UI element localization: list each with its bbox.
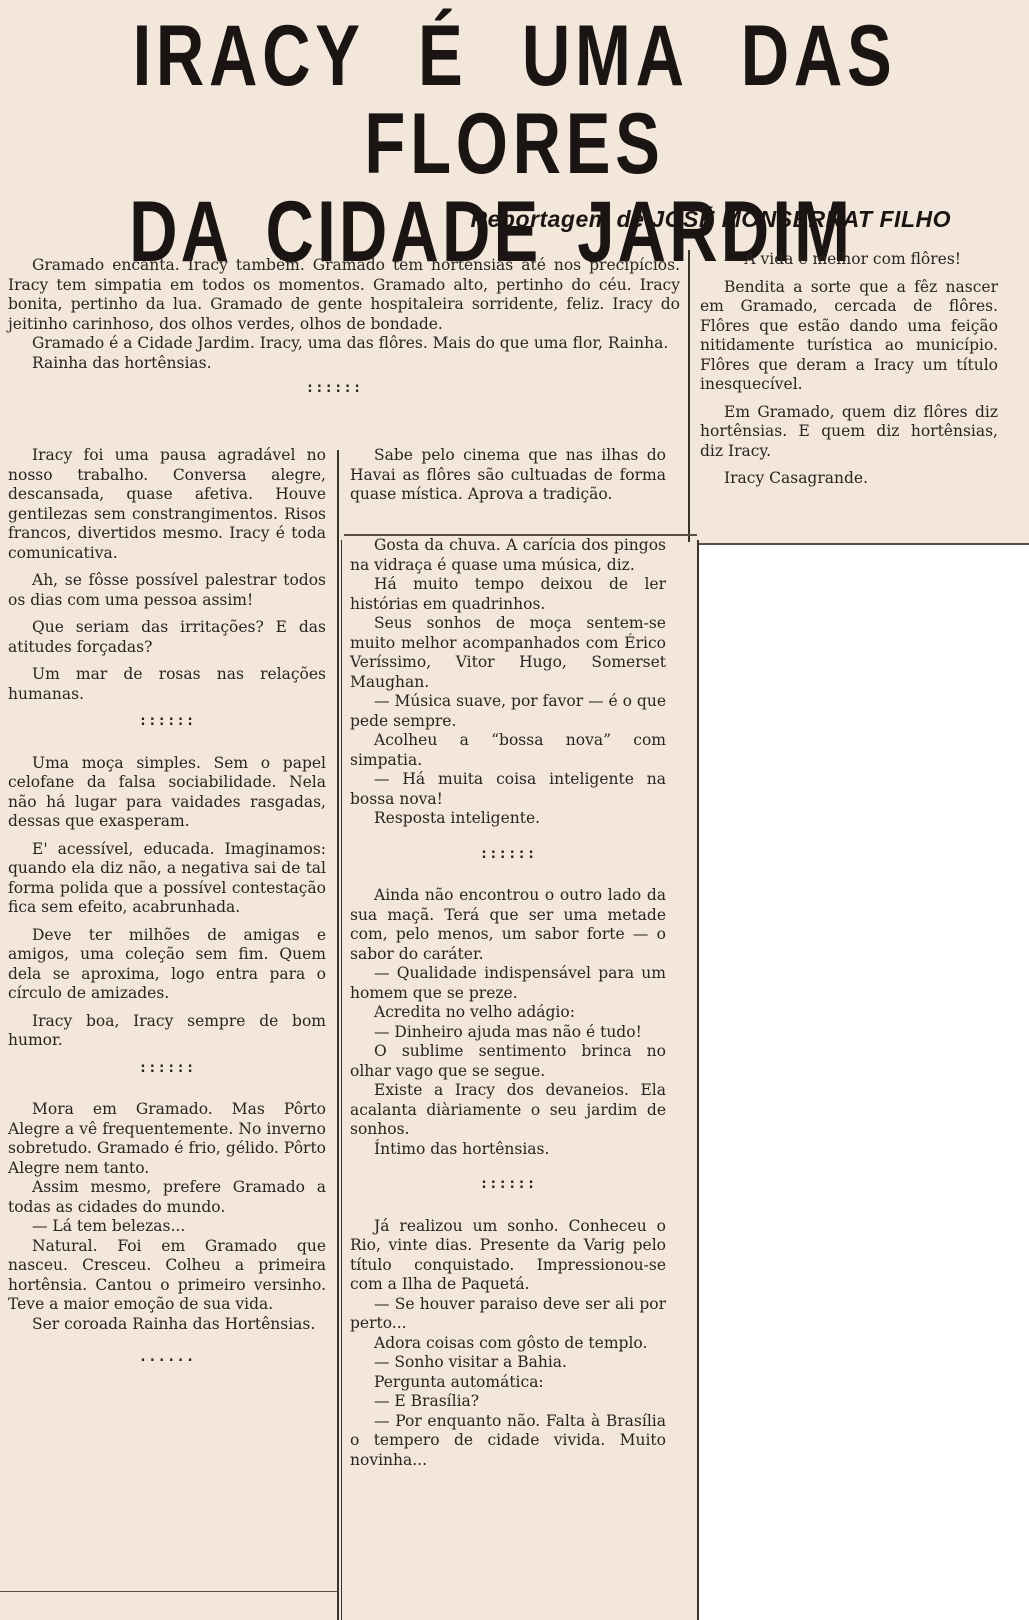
section-separator: :::::: — [350, 845, 666, 865]
paragraph: Já realizou um sonho. Conheceu o Rio, vi… — [350, 1217, 666, 1295]
paragraph: Seus sonhos de moça sentem-se muito melh… — [350, 614, 666, 692]
paragraph: Acolheu a “bossa nova” com simpatia. — [350, 731, 666, 770]
signature: Iracy Casagrande. — [700, 469, 998, 489]
paragraph: Iracy foi uma pausa agradável no nosso t… — [8, 446, 326, 563]
end-mark: ...... — [8, 1348, 326, 1368]
paragraph: Natural. Foi em Gramado que nasceu. Cres… — [8, 1237, 326, 1315]
column-rule — [688, 250, 690, 542]
headline: IRACY É UMA DAS FLORES DA CIDADE JARDIM — [113, 12, 916, 276]
paragraph: Sabe pelo cinema que nas ilhas do Havai … — [350, 446, 666, 505]
paragraph: Iracy boa, Iracy sempre de bom humor. — [8, 1012, 326, 1051]
column-2-top: Sabe pelo cinema que nas ilhas do Havai … — [350, 446, 666, 505]
paragraph: — E Brasília? — [350, 1392, 666, 1412]
paragraph: — Sonho visitar a Bahia. — [350, 1353, 666, 1373]
paragraph: Ser coroada Rainha das Hortênsias. — [8, 1315, 326, 1335]
paragraph: Gosta da chuva. A carícia dos pingos na … — [350, 536, 666, 575]
paragraph: Deve ter milhões de amigas e amigos, uma… — [8, 926, 326, 1004]
paragraph: Em Gramado, quem diz flôres diz hortênsi… — [700, 403, 998, 462]
section-separator: :::::: — [8, 1059, 326, 1079]
paragraph: Um mar de rosas nas relações humanas. — [8, 665, 326, 704]
column-rule-horizontal — [344, 534, 697, 536]
section-separator: :::::: — [350, 1175, 666, 1195]
right-column: — A vida é melhor com flôres! Bendita a … — [700, 250, 998, 497]
column-rule — [337, 450, 339, 1620]
paragraph: Há muito tempo deixou de ler histórias e… — [350, 575, 666, 614]
paragraph: Existe a Iracy dos devaneios. Ela acalan… — [350, 1081, 666, 1140]
paragraph: Gramado é a Cidade Jardim. Iracy, uma da… — [8, 334, 680, 354]
column-1: Iracy foi uma pausa agradável no nosso t… — [8, 446, 326, 1390]
paragraph: Íntimo das hortênsias. — [350, 1140, 666, 1160]
paragraph: Uma moça simples. Sem o papel celofane d… — [8, 754, 326, 832]
paragraph: Mora em Gramado. Mas Pôrto Alegre a vê f… — [8, 1100, 326, 1178]
byline: Reportagem de JOSÉ MONSERRAT FILHO — [471, 206, 951, 233]
paragraph: E' acessível, educada. Imaginamos: quand… — [8, 840, 326, 918]
paragraph: — Música suave, por favor — é o que pede… — [350, 692, 666, 731]
section-separator: :::::: — [8, 712, 326, 732]
intro-text: Gramado encanta. Iracy também. Gramado t… — [8, 256, 680, 421]
column-rule — [341, 540, 342, 1620]
paragraph: — Qualidade indispensável para um homem … — [350, 964, 666, 1003]
paragraph: Assim mesmo, prefere Gramado a todas as … — [8, 1178, 326, 1217]
paragraph: — A vida é melhor com flôres! — [700, 250, 998, 270]
paragraph: Ah, se fôsse possível palestrar todos os… — [8, 571, 326, 610]
paragraph: Resposta inteligente. — [350, 809, 666, 829]
section-separator: :::::: — [0, 379, 680, 399]
paragraph: — Lá tem belezas... — [8, 1217, 326, 1237]
paragraph: Ainda não encontrou o outro lado da sua … — [350, 886, 666, 964]
paragraph: Acredita no velho adágio: — [350, 1003, 666, 1023]
paragraph: Pergunta automática: — [350, 1373, 666, 1393]
paragraph: — Por enquanto não. Falta à Brasília o t… — [350, 1412, 666, 1471]
paragraph: Bendita a sorte que a fêz nascer em Gram… — [700, 278, 998, 395]
column-rule-horizontal — [0, 1591, 337, 1592]
headline-line-1: IRACY É UMA DAS FLORES — [113, 12, 916, 188]
column-2: Gosta da chuva. A carícia dos pingos na … — [350, 536, 666, 1470]
paragraph: Que seriam das irritações? E das atitude… — [8, 618, 326, 657]
paragraph: Adora coisas com gôsto de templo. — [350, 1334, 666, 1354]
paragraph: — Dinheiro ajuda mas não é tudo! — [350, 1023, 666, 1043]
paragraph: O sublime sentimento brinca no olhar vag… — [350, 1042, 666, 1081]
paragraph: — Há muita coisa inteligente na bossa no… — [350, 770, 666, 809]
paragraph: Rainha das hortênsias. — [8, 354, 680, 374]
paragraph: — Se houver paraiso deve ser ali por per… — [350, 1295, 666, 1334]
paragraph: Gramado encanta. Iracy também. Gramado t… — [8, 256, 680, 334]
